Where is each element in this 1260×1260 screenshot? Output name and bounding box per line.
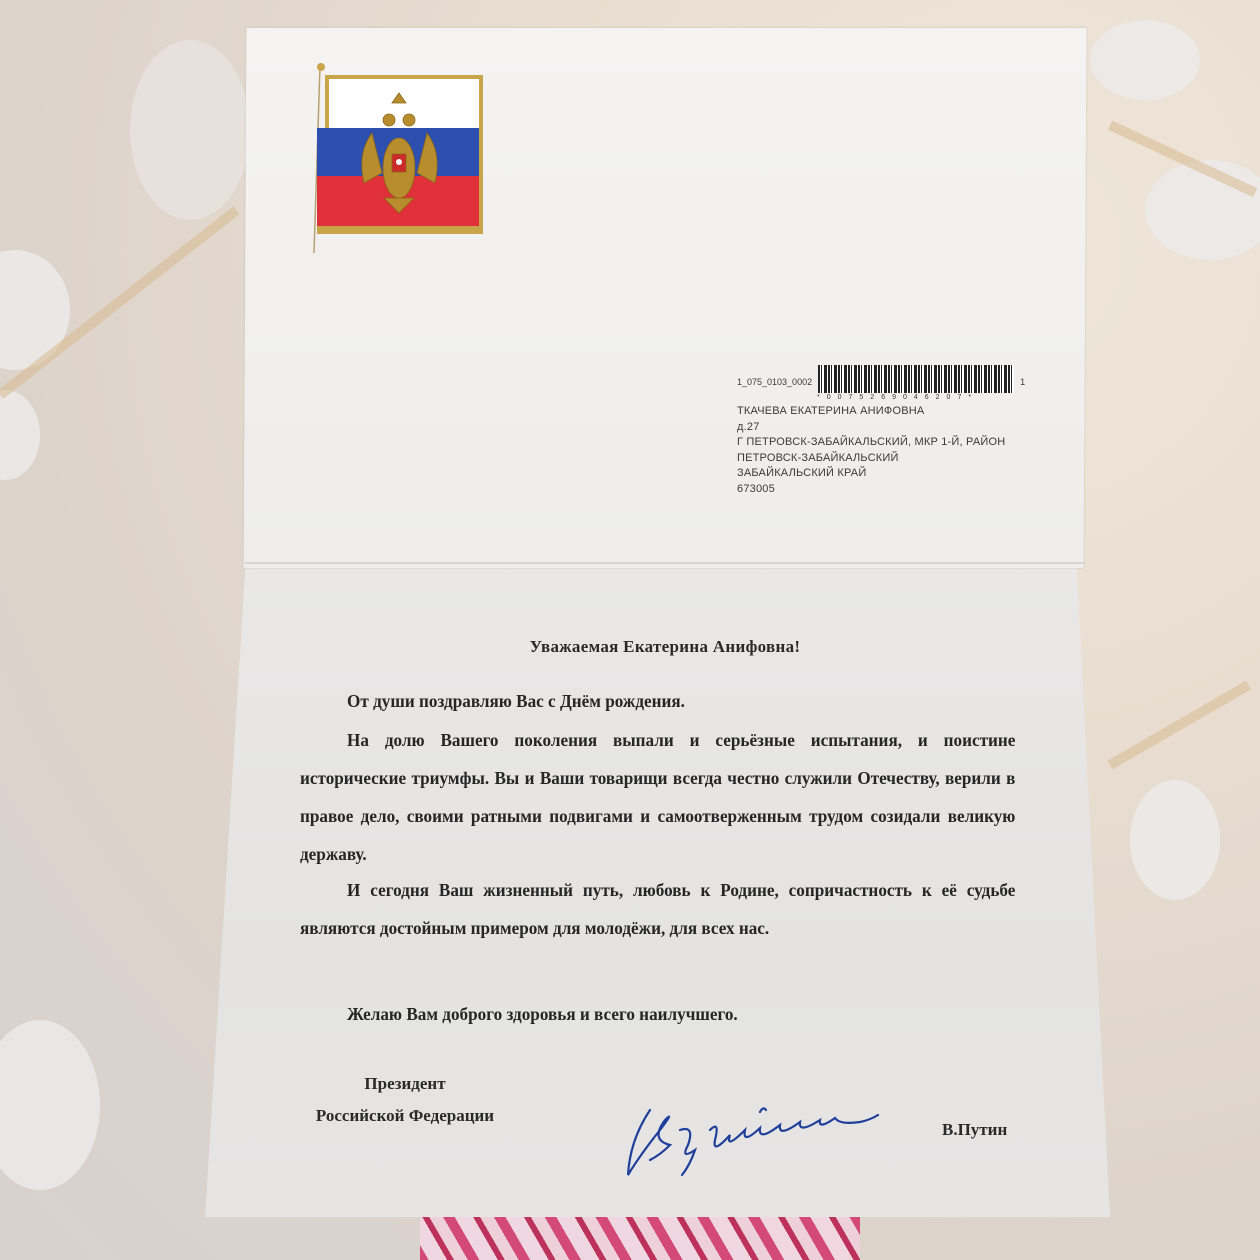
- card-fold: [245, 562, 1085, 564]
- tablecloth-pattern: [0, 1020, 100, 1190]
- tablecloth-pattern: [0, 390, 40, 480]
- paragraph-text: Желаю Вам доброго здоровья и всего наилу…: [347, 1004, 738, 1024]
- signatory-title-line1: Президент: [270, 1068, 540, 1100]
- signatory-title-line2: Российской Федерации: [270, 1100, 540, 1132]
- letter-paragraph: От души поздравляю Вас с Днём рождения.: [300, 682, 1015, 720]
- recipient-address-block: 1_075_0103_0002 1 *0075269046207* ТКАЧЕВ…: [737, 365, 1025, 497]
- tablecloth-pattern: [1090, 20, 1200, 100]
- letter-paragraph: И сегодня Ваш жизненный путь, любовь к Р…: [300, 871, 1015, 947]
- barcode-digits: *0075269046207*: [817, 394, 1025, 401]
- letter-paragraph: На долю Вашего поколения выпали и серьёз…: [300, 721, 1015, 873]
- barcode-row: 1_075_0103_0002 1: [737, 365, 1025, 393]
- tablecloth-pattern: [130, 40, 250, 220]
- letter-salutation: Уважаемая Екатерина Анифовна!: [300, 637, 1030, 657]
- barcode-code: 1_075_0103_0002: [737, 377, 812, 387]
- recipient-district: ПЕТРОВСК-ЗАБАЙКАЛЬСКИЙ: [737, 451, 1025, 467]
- recipient-region: ЗАБАЙКАЛЬСКИЙ КРАЙ: [737, 466, 1025, 482]
- handwritten-signature-icon: [620, 1100, 890, 1180]
- tablecloth-pattern: [1130, 780, 1220, 900]
- signatory-title: Президент Российской Федерации: [270, 1068, 540, 1132]
- tablecloth-stripe: [1108, 681, 1252, 770]
- recipient-house: д.27: [737, 420, 1025, 436]
- signatory-name: В.Путин: [942, 1120, 1007, 1140]
- letter-paragraph: Желаю Вам доброго здоровья и всего наилу…: [300, 995, 1015, 1033]
- barcode-icon: [818, 365, 1014, 393]
- recipient-city: Г ПЕТРОВСК-ЗАБАЙКАЛЬСКИЙ, МКР 1-Й, РАЙОН: [737, 435, 1025, 451]
- flag-emblem-icon: [312, 58, 487, 258]
- paragraph-text: От души поздравляю Вас с Днём рождения.: [347, 691, 685, 711]
- recipient-postcode: 673005: [737, 482, 1025, 498]
- tablecloth-pattern: [1145, 160, 1260, 260]
- barcode-suffix: 1: [1020, 377, 1025, 387]
- paragraph-text: И сегодня Ваш жизненный путь, любовь к Р…: [300, 880, 1015, 938]
- recipient-name: ТКАЧЕВА ЕКАТЕРИНА АНИФОВНА: [737, 404, 1025, 420]
- paragraph-text: На долю Вашего поколения выпали и серьёз…: [300, 730, 1015, 864]
